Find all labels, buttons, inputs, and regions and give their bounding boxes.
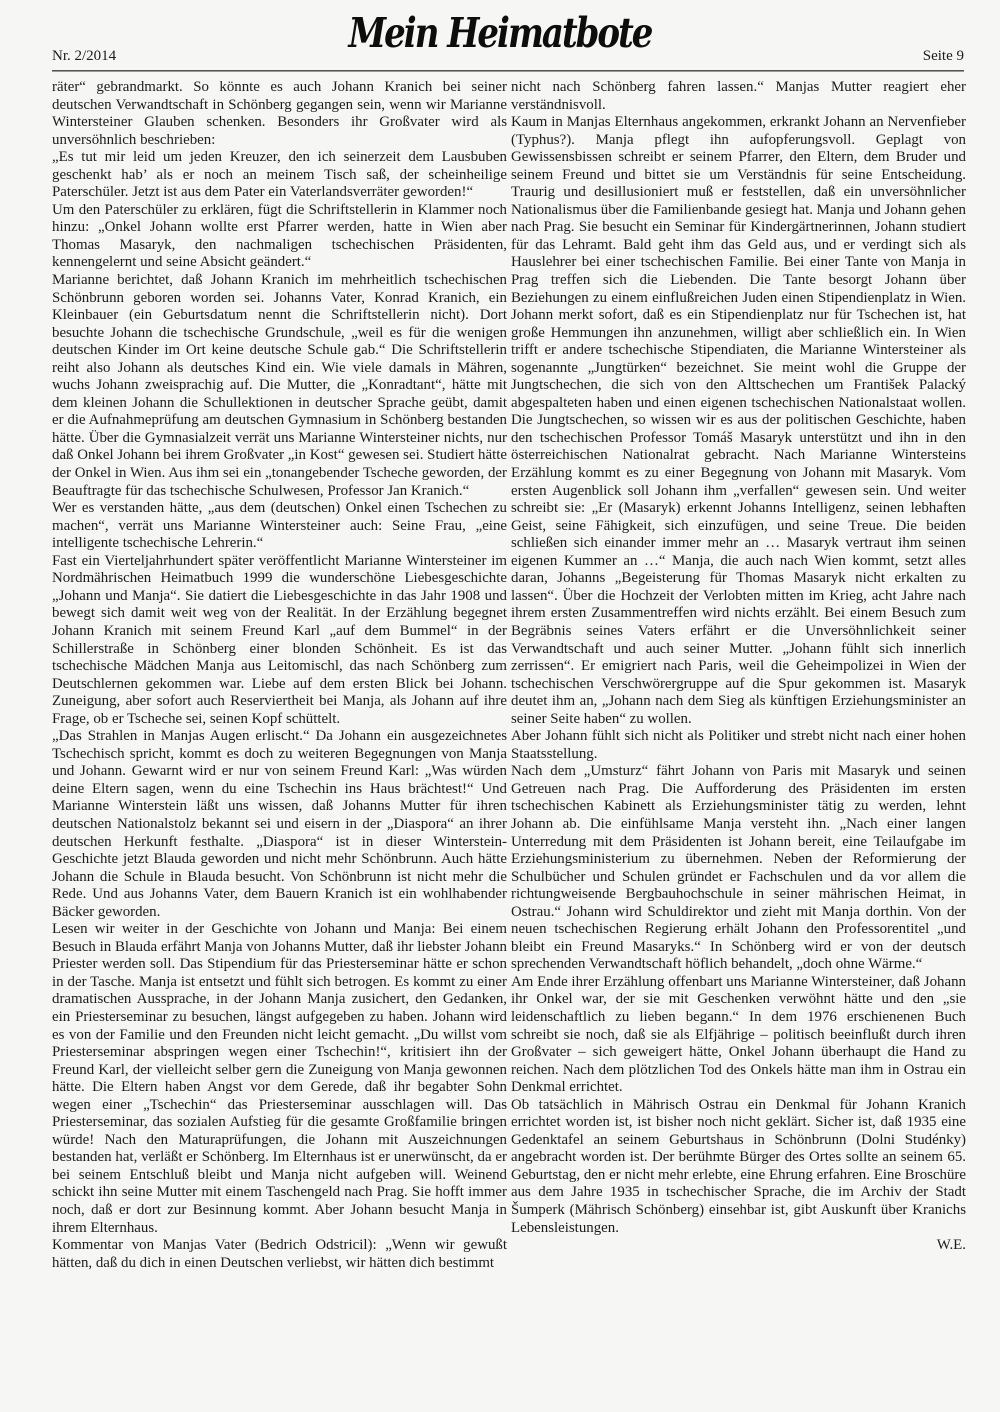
author-signature: W.E. [511,1237,966,1255]
paragraph: Wer es verstanden hätte, „aus dem (deuts… [52,500,507,553]
paragraph: Am Ende ihrer Erzählung offenbart uns Ma… [511,974,966,1097]
paragraph: Marianne berichtet, daß Johann Kranich i… [52,272,507,500]
masthead-logo: Mein Heimatbote [0,10,1000,58]
paragraph: Ob tatsächlich in Mährisch Ostrau ein De… [511,1097,966,1237]
paragraph: „Das Strahlen in Manjas Augen erlischt.“… [52,728,507,921]
paragraph: Nach dem „Umsturz“ fährt Johann von Pari… [511,763,966,974]
paragraph: Lesen wir weiter in der Geschichte von J… [52,921,507,1237]
paragraph: Fast ein Vierteljahrhundert später veröf… [52,553,507,728]
paragraph: räter“ gebrandmarkt. So könnte es auch J… [52,79,507,149]
quote-paragraph: „Es tut mir leid um jeden Kreuzer, den i… [52,149,507,202]
paragraph: Um den Paterschüler zu erklären, fügt di… [52,202,507,272]
paragraph: nicht nach Schönberg fahren lassen.“ Man… [511,79,966,114]
page-header: Nr. 2/2014 Mein Heimatbote Seite 9 [0,0,1000,78]
paragraph: Aber Johann fühlt sich nicht als Politik… [511,728,966,763]
page-number: Seite 9 [923,48,964,65]
paragraph: Kaum in Manjas Elternhaus angekommen, er… [511,114,966,728]
paragraph: Kommentar von Manjas Vater (Bedrich Odst… [52,1237,507,1272]
left-column: räter“ gebrandmarkt. So könnte es auch J… [52,79,507,1272]
header-rule [52,70,964,72]
right-column: nicht nach Schönberg fahren lassen.“ Man… [511,79,966,1255]
